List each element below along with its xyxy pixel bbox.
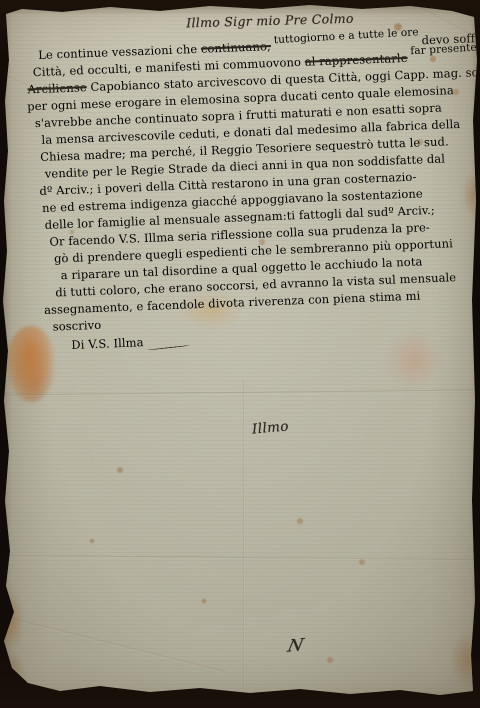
interlinear-insertion: tuttogiorno e a tutte le ore xyxy=(273,26,418,46)
letter-body: Le continue vessazioni che continuano;tu… xyxy=(12,31,480,357)
center-annotation: Illmo xyxy=(251,418,289,437)
fold-crease-horizontal-2 xyxy=(0,555,480,561)
signature-text: Di V.S. Illma xyxy=(71,335,144,352)
stain-bottom-right xyxy=(450,632,480,688)
photo-backdrop: Illmo Sigr mio Pre Colmo Le continue ves… xyxy=(0,0,480,708)
stain-left-edge-lower xyxy=(0,648,26,702)
interlinear-insertion: far presente xyxy=(410,42,477,58)
letter-salutation: Illmo Sigr mio Pre Colmo xyxy=(160,10,380,31)
notary-flourish-mark: N xyxy=(286,635,305,656)
signature-flourish xyxy=(148,345,190,351)
struck-text: al rappresentarle xyxy=(305,51,408,69)
fold-crease-vertical xyxy=(243,380,245,700)
struck-text: continuano; xyxy=(201,39,272,56)
struck-text: Arciliense xyxy=(27,80,87,96)
manuscript-page: Illmo Sigr mio Pre Colmo Le continue ves… xyxy=(0,0,480,708)
fold-crease-horizontal-1 xyxy=(0,389,480,396)
fold-crease-diagonal-bottom-left xyxy=(0,609,226,674)
stain-left-edge-upper xyxy=(0,588,24,652)
